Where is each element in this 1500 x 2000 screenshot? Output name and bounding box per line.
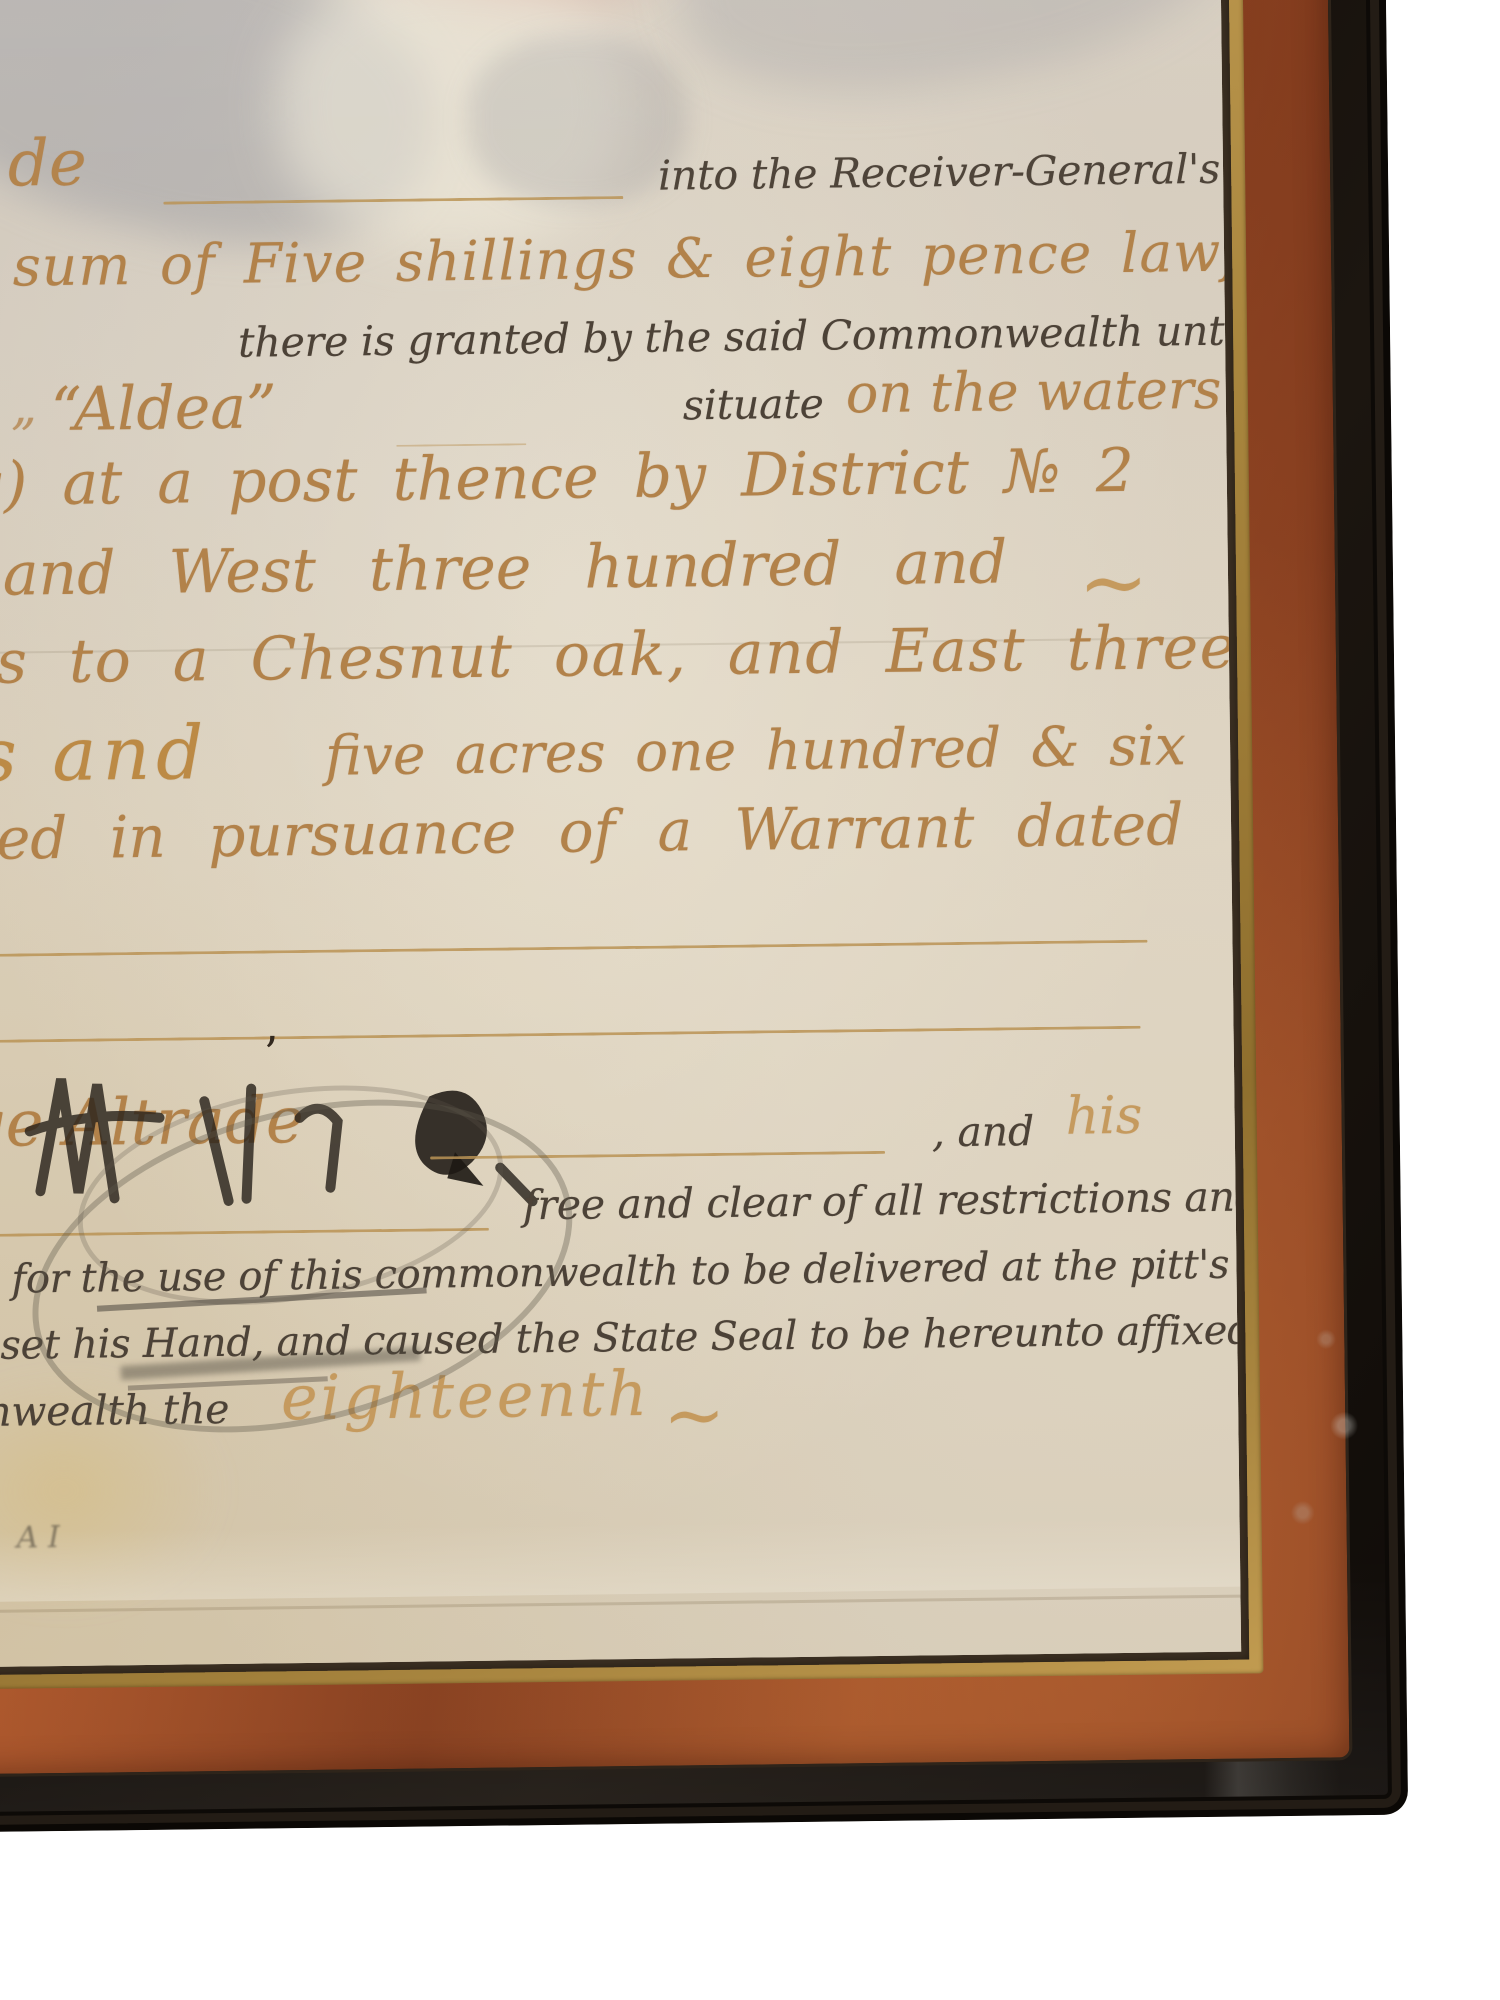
vignette-gray-wash-right <box>657 0 1241 130</box>
handwritten-eighteenth: eighteenth <box>281 1360 651 1433</box>
photo-of-framed-document: de into the Receiver-General's he sum of… <box>0 0 1500 2000</box>
margin-quote-mark: „ <box>11 379 38 434</box>
vignette-collar-shading <box>466 33 688 206</box>
printed-line-there-is-granted: there is granted by the said Commonwealt… <box>238 306 1241 366</box>
printed-line-receiver-general: into the Receiver-General's <box>658 147 1221 199</box>
handwritten-large-us-and: us and <box>0 713 210 798</box>
black-outer-frame: de into the Receiver-General's he sum of… <box>0 0 1408 1835</box>
parchment-document: de into the Receiver-General's he sum of… <box>0 0 1241 1668</box>
handwritten-line-land-west: Land West three hundred and <box>0 529 1008 608</box>
vignette-flesh-tint <box>355 0 697 47</box>
faint-letters-bottom-left: A I <box>16 1521 59 1555</box>
flourish-swash-line14: ~ <box>663 1375 726 1457</box>
handwritten-tract-name-aldea: “Aldea” <box>50 374 277 443</box>
printed-comma-and: , and <box>932 1109 1035 1155</box>
printed-line-use-of-commonwealth: for the use of this commonwealth to be d… <box>11 1241 1241 1302</box>
handwritten-his: his <box>1065 1088 1143 1146</box>
fold-crease-bottom <box>0 1595 1240 1615</box>
printed-word-situate: situate <box>683 382 824 429</box>
blank-rule-upper <box>0 940 1147 959</box>
handwritten-line-five-shillings: he sum of Five shillings & eight pence l… <box>0 221 1241 298</box>
handwritten-five-acres: five acres one hundred & six <box>325 715 1186 786</box>
edge-light-band-bottom <box>0 1517 1240 1604</box>
handwritten-line-post-thence-district: ng) at a post thence by District № 2 <box>0 438 1134 519</box>
vignette-light-center <box>276 0 629 248</box>
fill-in-rule-line1 <box>163 196 623 205</box>
handwritten-line-warrant-dated: veyed in pursuance of a Warrant dated <box>0 793 1184 873</box>
handwritten-word-de: de <box>7 129 87 200</box>
handwritten-on-the-waters: on the waters <box>845 360 1221 424</box>
printed-line-nwealth-the: nwealth the <box>0 1387 230 1435</box>
printed-line-free-and-clear: free and clear of all restrictions and <box>522 1174 1241 1228</box>
blank-rule-lower <box>0 1026 1141 1045</box>
handwritten-line-chesnut-oak: hes to a Chesnut oak, and East three <box>0 615 1237 697</box>
